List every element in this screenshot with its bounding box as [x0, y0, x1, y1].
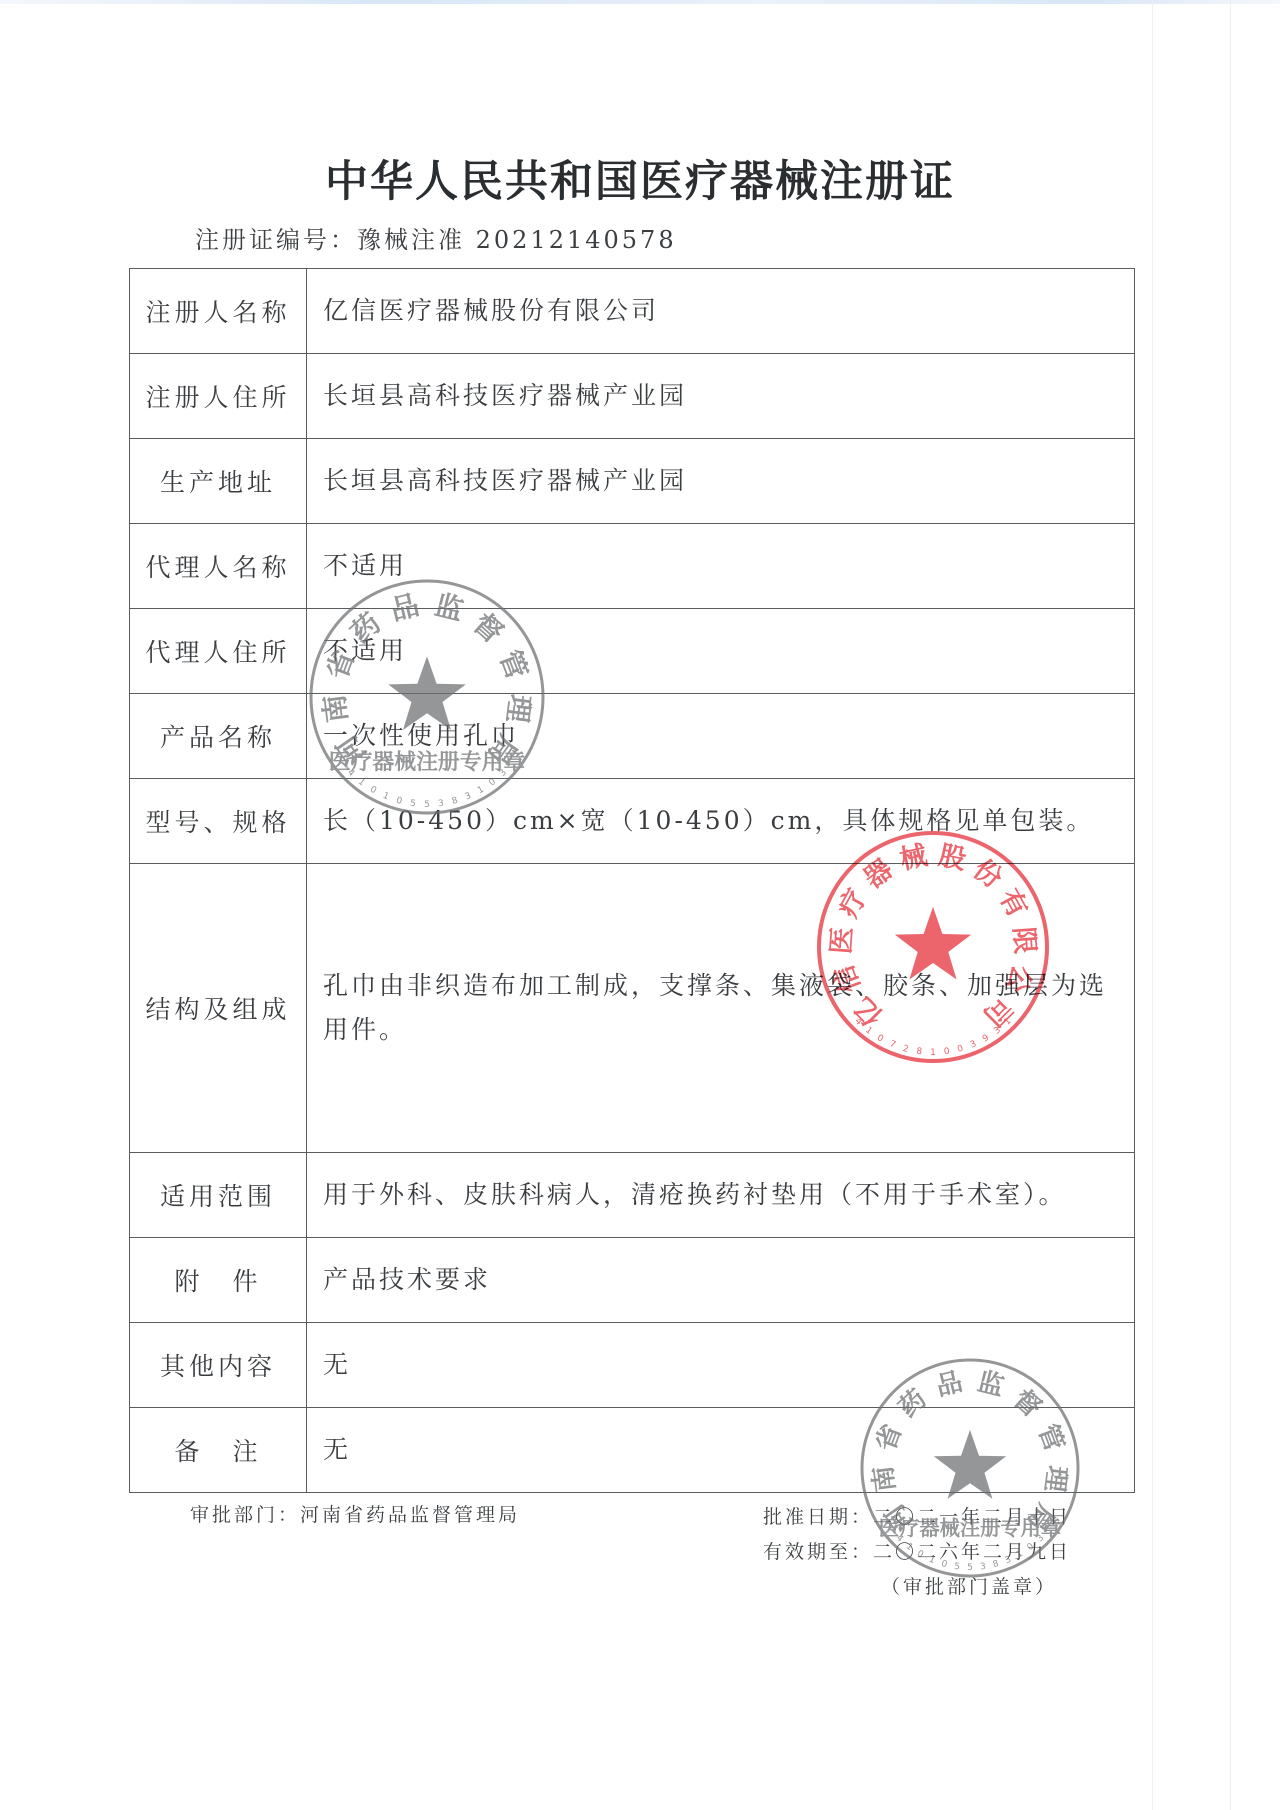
- valid-until: 有效期至：二〇二六年二月九日: [763, 1535, 1071, 1570]
- seal-note: （审批部门盖章）: [763, 1570, 1071, 1605]
- row-value: 长（10-450）cm×宽（10-450）cm，具体规格见单包装。: [307, 779, 1135, 864]
- approval-department: 审批部门：河南省药品监督管理局: [190, 1500, 520, 1527]
- row-value: 亿信医疗器械股份有限公司: [307, 269, 1135, 354]
- row-label: 代理人住所: [130, 609, 307, 694]
- registration-number: 注册证编号：豫械注准 20212140578: [195, 220, 677, 255]
- registration-number-label: 注册证编号：: [195, 226, 357, 254]
- approval-date-value: 二〇二一年二月十日: [873, 1506, 1071, 1528]
- valid-until-value: 二〇二六年二月九日: [873, 1541, 1071, 1563]
- scan-edge: [1230, 0, 1231, 1810]
- row-value: 不适用: [307, 609, 1135, 694]
- row-value: 长垣县高科技医疗器械产业园: [307, 439, 1135, 524]
- row-label: 结构及组成: [130, 864, 307, 1153]
- scan-artifact-line: [0, 0, 1280, 4]
- row-value: 一次性使用孔巾: [307, 694, 1135, 779]
- scan-edge: [1152, 0, 1153, 1810]
- row-value: 长垣县高科技医疗器械产业园: [307, 354, 1135, 439]
- approval-dates: 批准日期：二〇二一年二月十日 有效期至：二〇二六年二月九日 （审批部门盖章）: [763, 1500, 1071, 1605]
- table-row: 代理人住所 不适用: [130, 609, 1135, 694]
- row-value: 不适用: [307, 524, 1135, 609]
- row-value: 无: [307, 1408, 1135, 1493]
- table-row: 生产地址 长垣县高科技医疗器械产业园: [130, 439, 1135, 524]
- row-label: 型号、规格: [130, 779, 307, 864]
- row-label: 产品名称: [130, 694, 307, 779]
- table-row: 产品名称 一次性使用孔巾: [130, 694, 1135, 779]
- table-row: 备 注 无: [130, 1408, 1135, 1493]
- approval-department-value: 河南省药品监督管理局: [300, 1504, 520, 1526]
- table-row: 其他内容 无: [130, 1323, 1135, 1408]
- row-label: 适用范围: [130, 1153, 307, 1238]
- row-value: 产品技术要求: [307, 1238, 1135, 1323]
- row-label: 备 注: [130, 1408, 307, 1493]
- table-row: 型号、规格 长（10-450）cm×宽（10-450）cm，具体规格见单包装。: [130, 779, 1135, 864]
- certificate-table: 注册人名称 亿信医疗器械股份有限公司 注册人住所 长垣县高科技医疗器械产业园 生…: [129, 268, 1135, 1493]
- approval-department-label: 审批部门：: [190, 1504, 300, 1526]
- document-title: 中华人民共和国医疗器械注册证: [300, 148, 980, 209]
- table-row: 代理人名称 不适用: [130, 524, 1135, 609]
- row-label: 代理人名称: [130, 524, 307, 609]
- row-label: 注册人住所: [130, 354, 307, 439]
- row-label: 注册人名称: [130, 269, 307, 354]
- row-value: 孔巾由非织造布加工制成，支撑条、集液袋、胶条、加强层为选用件。: [307, 864, 1135, 1153]
- row-value: 用于外科、皮肤科病人，清疮换药衬垫用（不用于手术室）。: [307, 1153, 1135, 1238]
- table-row: 适用范围 用于外科、皮肤科病人，清疮换药衬垫用（不用于手术室）。: [130, 1153, 1135, 1238]
- table-row: 注册人名称 亿信医疗器械股份有限公司: [130, 269, 1135, 354]
- row-label: 其他内容: [130, 1323, 307, 1408]
- table-row: 附 件 产品技术要求: [130, 1238, 1135, 1323]
- valid-until-label: 有效期至：: [763, 1541, 873, 1563]
- table-row: 注册人住所 长垣县高科技医疗器械产业园: [130, 354, 1135, 439]
- row-label: 附 件: [130, 1238, 307, 1323]
- approval-date: 批准日期：二〇二一年二月十日: [763, 1500, 1071, 1535]
- registration-number-value: 豫械注准 20212140578: [357, 226, 677, 254]
- approval-date-label: 批准日期：: [763, 1506, 873, 1528]
- row-label: 生产地址: [130, 439, 307, 524]
- table-row: 结构及组成 孔巾由非织造布加工制成，支撑条、集液袋、胶条、加强层为选用件。: [130, 864, 1135, 1153]
- row-value: 无: [307, 1323, 1135, 1408]
